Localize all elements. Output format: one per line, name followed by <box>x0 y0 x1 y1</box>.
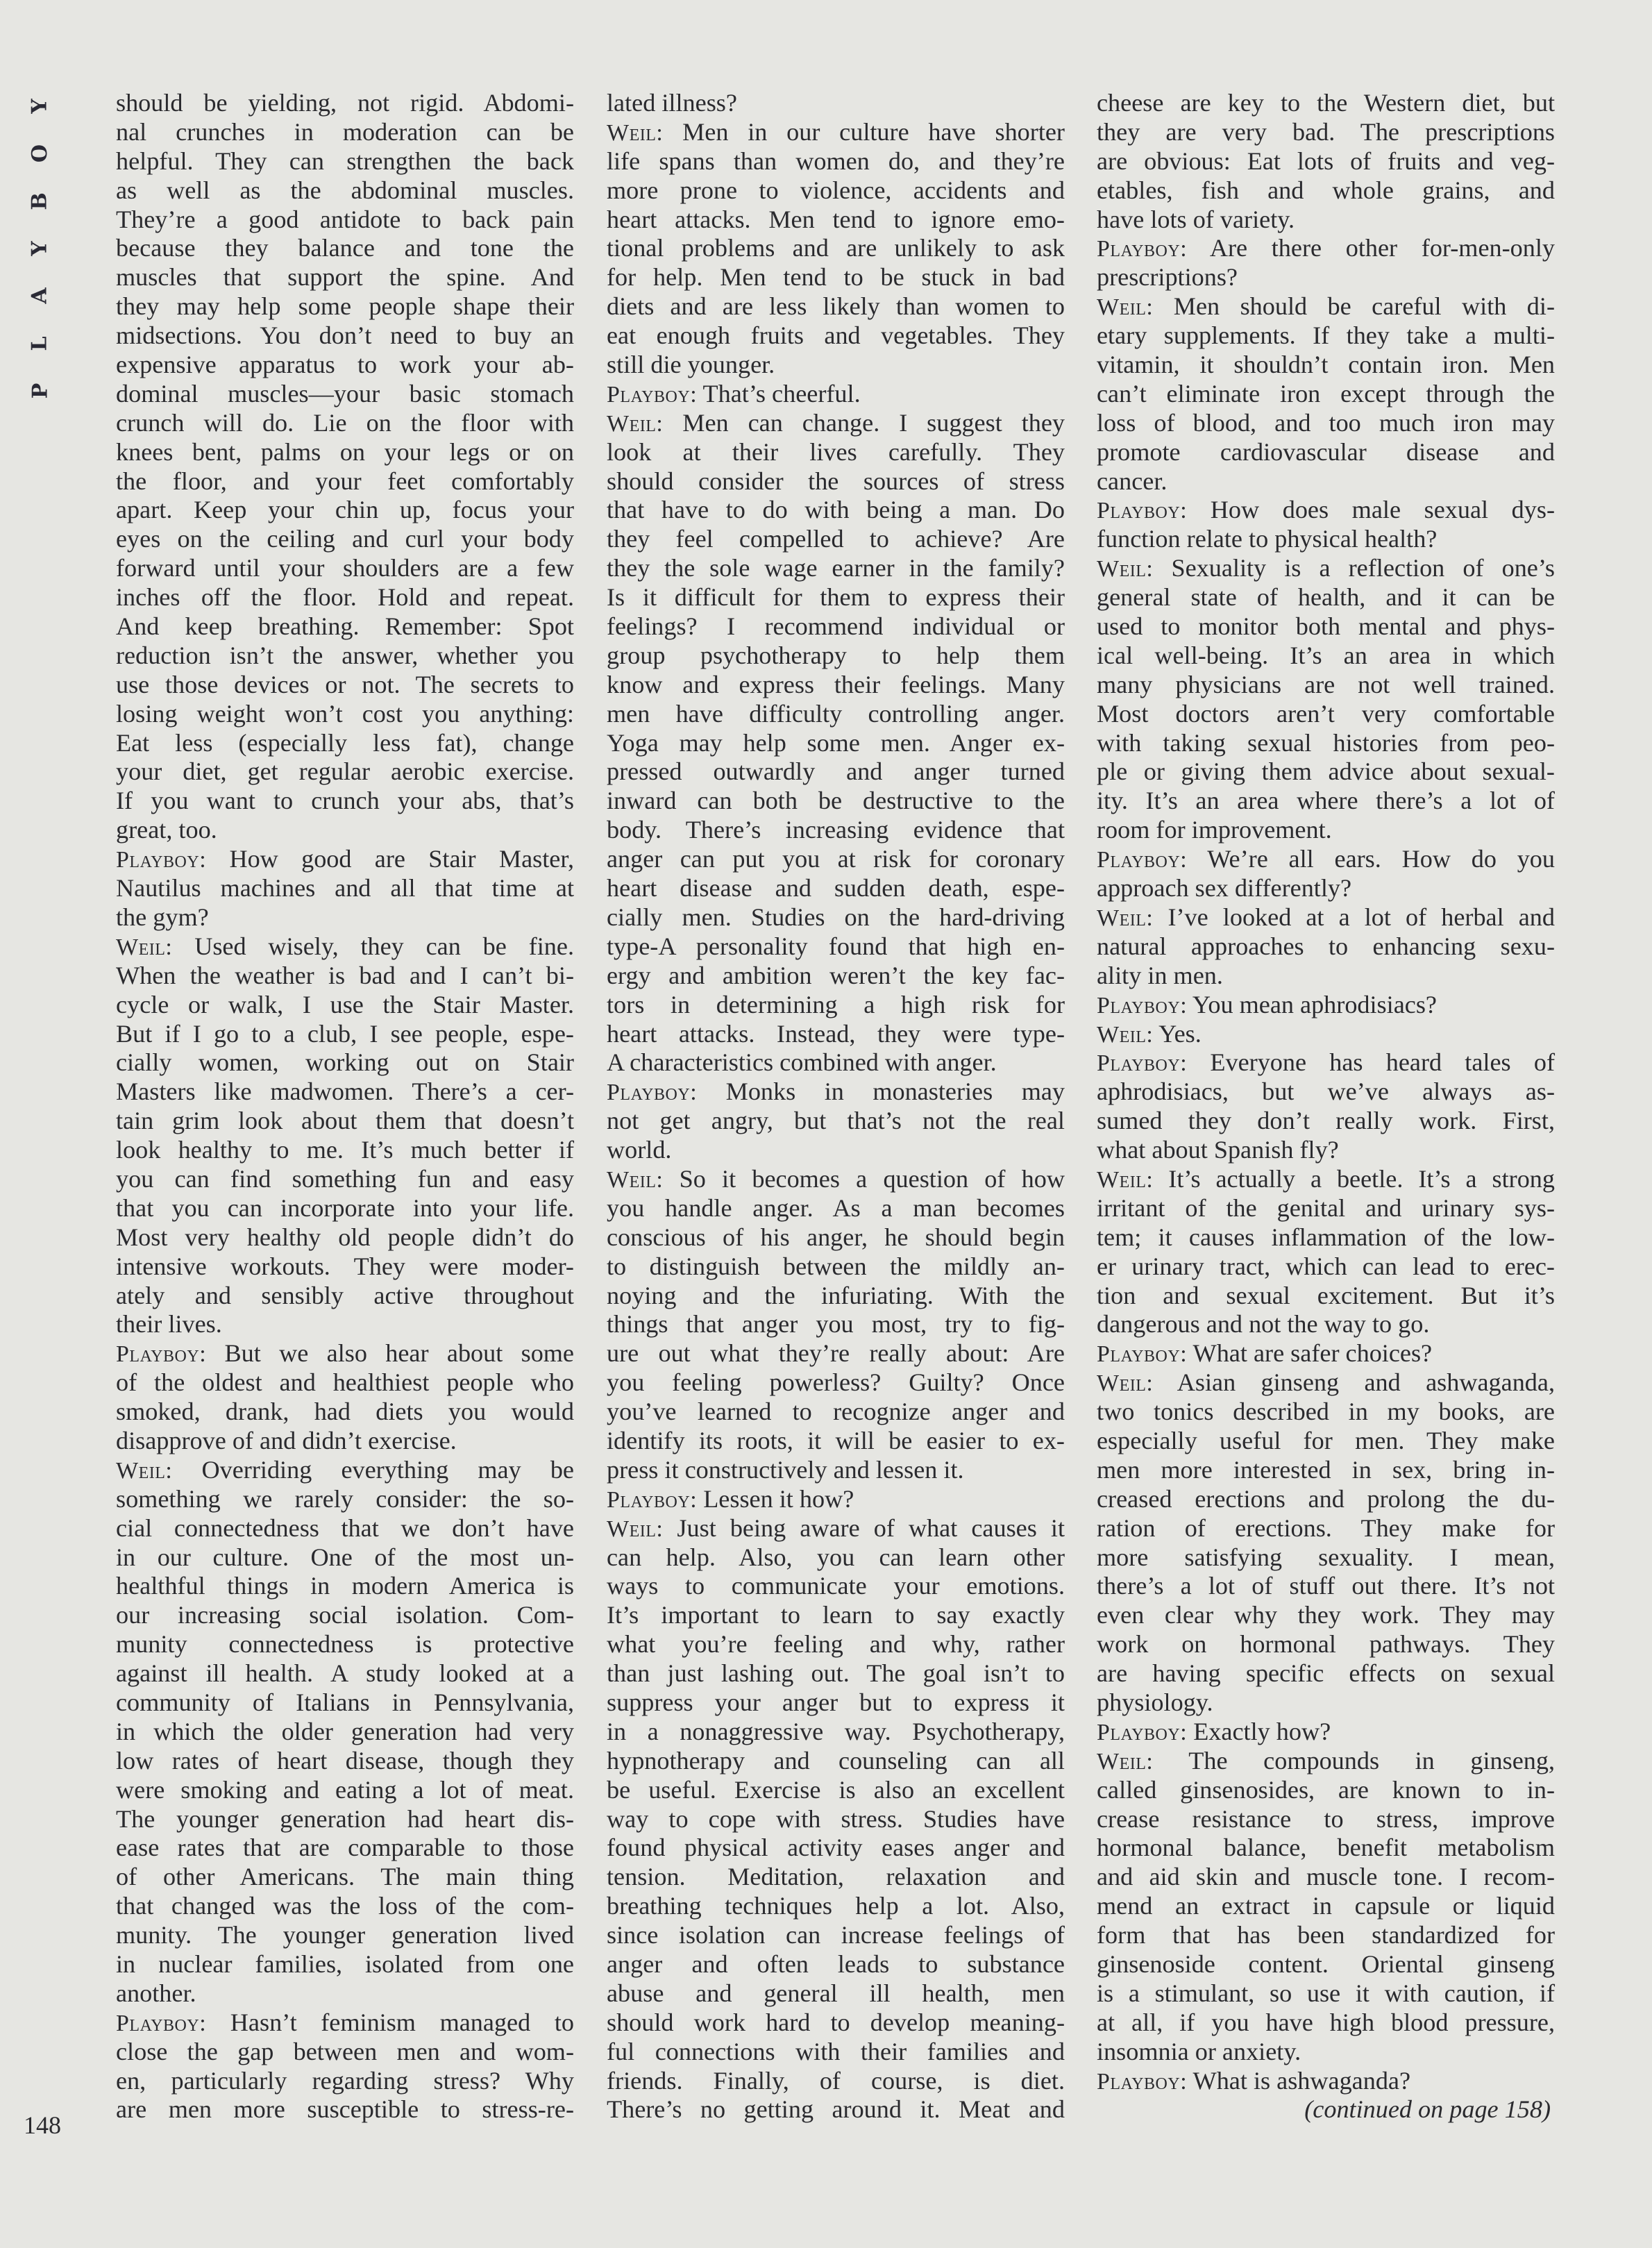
text-line: in which the older generation had very <box>116 1718 574 1747</box>
speaker-label-weil: Weil: <box>1097 1370 1153 1396</box>
text-line: Weil: Men can change. I suggest they <box>607 409 1065 438</box>
line-text: Is it difficult for them to express thei… <box>607 583 1065 611</box>
line-text: aphrodisiacs, but we’ve always as- <box>1097 1077 1555 1105</box>
line-text: look at their lives carefully. They <box>607 438 1065 466</box>
line-text: tain grim look about them that doesn’t <box>116 1107 574 1134</box>
line-text: tors in determining a high risk for <box>607 991 1065 1018</box>
text-line: helpful. They can strengthen the back <box>116 147 574 176</box>
text-line: there’s a lot of stuff out there. It’s n… <box>1097 1572 1555 1601</box>
line-text: How does male sexual dys- <box>1187 496 1555 523</box>
text-line: is a stimulant, so use it with caution, … <box>1097 1979 1555 2008</box>
text-line: they may help some people shape their <box>116 292 574 321</box>
text-line: Most very healthy old people didn’t do <box>116 1223 574 1252</box>
text-line: found physical activity eases anger and <box>607 1834 1065 1863</box>
text-line: lated illness? <box>607 89 1065 118</box>
text-line: crease resistance to stress, improve <box>1097 1805 1555 1834</box>
line-text: room for improvement. <box>1097 816 1332 844</box>
text-line: for help. Men tend to be stuck in bad <box>607 263 1065 292</box>
line-text: tension. Meditation, relaxation and <box>607 1863 1065 1890</box>
line-text: heart attacks. Instead, they were type- <box>607 1020 1065 1048</box>
text-line: But if I go to a club, I see people, esp… <box>116 1020 574 1049</box>
line-text: knees bent, palms on your legs or on <box>116 438 574 466</box>
text-line: something we rarely consider: the so- <box>116 1485 574 1514</box>
line-text: If you want to crunch your abs, that’s <box>116 787 574 814</box>
text-line: can’t eliminate iron except through the <box>1097 380 1555 409</box>
text-line: ity. It’s an area where there’s a lot of <box>1097 787 1555 816</box>
speaker-label-weil: Weil: <box>1097 1167 1153 1193</box>
text-column-left: should be yielding, not rigid. Abdomi-na… <box>116 89 574 2124</box>
text-line: ration of erections. They make for <box>1097 1514 1555 1543</box>
speaker-label-weil: Weil: <box>607 1167 663 1193</box>
line-text: Just being aware of what causes it <box>663 1514 1065 1542</box>
line-text: They’re a good antidote to back pain <box>116 205 574 233</box>
line-text: use those devices or not. The secrets to <box>116 671 574 698</box>
text-line: heart attacks. Instead, they were type- <box>607 1020 1065 1049</box>
line-text: of the oldest and healthiest people who <box>116 1368 574 1396</box>
text-line: nal crunches in moderation can be <box>116 118 574 147</box>
text-line: the floor, and your feet comfortably <box>116 467 574 496</box>
text-line: Weil: Men should be careful with di- <box>1097 292 1555 321</box>
line-text: Masters like madwomen. There’s a cer- <box>116 1077 574 1105</box>
line-text: diets and are less likely than women to <box>607 292 1065 320</box>
text-line: Playboy: But we also hear about some <box>116 1339 574 1368</box>
line-text: munity. The younger generation lived <box>116 1921 574 1949</box>
line-text: cycle or walk, I use the Stair Master. <box>116 991 574 1018</box>
line-text: Monks in monasteries may <box>697 1077 1065 1105</box>
continued-on-page-note: (continued on page 158) <box>1097 2095 1555 2124</box>
line-text: cially women, working out on Stair <box>116 1048 574 1076</box>
text-line: A characteristics combined with anger. <box>607 1048 1065 1077</box>
line-text: irritant of the genital and urinary sys- <box>1097 1194 1555 1222</box>
running-head-letter: Y <box>30 99 51 113</box>
line-text: used to monitor both mental and phys- <box>1097 612 1555 640</box>
text-line: of the oldest and healthiest people who <box>116 1368 574 1398</box>
text-line: Playboy: How good are Stair Master, <box>116 845 574 874</box>
text-line: in our culture. One of the most un- <box>116 1543 574 1572</box>
text-line: hormonal balance, benefit metabolism <box>1097 1834 1555 1863</box>
line-text: our increasing social isolation. Com- <box>116 1601 574 1629</box>
text-line: be useful. Exercise is also an excellent <box>607 1776 1065 1805</box>
text-line: ately and sensibly active throughout <box>116 1282 574 1311</box>
speaker-label-weil: Weil: <box>1097 1022 1153 1048</box>
line-text: etables, fish and whole grains, and <box>1097 176 1555 204</box>
text-line: Is it difficult for them to express thei… <box>607 583 1065 612</box>
line-text: that you can incorporate into your life. <box>116 1194 574 1222</box>
text-line: especially useful for men. They make <box>1097 1427 1555 1456</box>
line-text: So it becomes a question of how <box>663 1165 1065 1193</box>
text-line: tain grim look about them that doesn’t <box>116 1107 574 1136</box>
text-line: they are very bad. The prescriptions <box>1097 118 1555 147</box>
text-line: of other Americans. The main thing <box>116 1863 574 1892</box>
line-text: apart. Keep your chin up, focus your <box>116 496 574 523</box>
text-line: disapprove of and didn’t exercise. <box>116 1427 574 1456</box>
speaker-label-weil: Weil: <box>1097 556 1153 582</box>
text-line: more satisfying sexuality. I mean, <box>1097 1543 1555 1572</box>
speaker-label-playboy: Playboy: <box>1097 1050 1187 1076</box>
text-line: Playboy: You mean aphrodisiacs? <box>1097 991 1555 1020</box>
line-text: loss of blood, and too much iron may <box>1097 409 1555 437</box>
text-line: at all, if you have high blood pressure, <box>1097 2008 1555 2038</box>
text-line: suppress your anger but to express it <box>607 1688 1065 1718</box>
line-text: Yoga may help some men. Anger ex- <box>607 729 1065 757</box>
line-text: more satisfying sexuality. I mean, <box>1097 1543 1555 1571</box>
line-text: cially men. Studies on the hard-driving <box>607 903 1065 931</box>
line-text: ease rates that are comparable to those <box>116 1834 574 1861</box>
line-text: forward until your shoulders are a few <box>116 554 574 582</box>
line-text: er urinary tract, which can lead to erec… <box>1097 1252 1555 1280</box>
text-line: tem; it causes inflammation of the low- <box>1097 1223 1555 1252</box>
line-text: are men more susceptible to stress-re- <box>116 2095 574 2123</box>
text-line: When the weather is bad and I can’t bi- <box>116 962 574 991</box>
text-line: etables, fish and whole grains, and <box>1097 176 1555 205</box>
text-line: are having specific effects on sexual <box>1097 1659 1555 1688</box>
text-line: diets and are less likely than women to <box>607 292 1065 321</box>
text-line: form that has been standardized for <box>1097 1921 1555 1950</box>
line-text: ity. It’s an area where there’s a lot of <box>1097 787 1555 814</box>
line-text: group psychotherapy to help them <box>607 641 1065 669</box>
text-line: Weil: I’ve looked at a lot of herbal and <box>1097 903 1555 932</box>
speaker-label-playboy: Playboy: <box>1097 498 1187 523</box>
text-line: use those devices or not. The secrets to <box>116 671 574 700</box>
line-text: close the gap between men and wom- <box>116 2038 574 2065</box>
line-text: ure out what they’re really about: Are <box>607 1339 1065 1367</box>
text-line: eyes on the ceiling and curl your body <box>116 525 574 554</box>
text-line: Weil: It’s actually a beetle. It’s a str… <box>1097 1165 1555 1194</box>
line-text: inward can both be destructive to the <box>607 787 1065 814</box>
speaker-label-weil: Weil: <box>1097 905 1153 931</box>
text-line: Weil: Just being aware of what causes it <box>607 1514 1065 1543</box>
text-line: because they balance and tone the <box>116 234 574 263</box>
text-line: function relate to physical health? <box>1097 525 1555 554</box>
line-text: be useful. Exercise is also an excellent <box>607 1776 1065 1804</box>
text-line: aphrodisiacs, but we’ve always as- <box>1097 1077 1555 1107</box>
text-line: world. <box>607 1136 1065 1165</box>
line-text: When the weather is bad and I can’t bi- <box>116 962 574 989</box>
text-line: you feeling powerless? Guilty? Once <box>607 1368 1065 1398</box>
line-text: hormonal balance, benefit metabolism <box>1097 1834 1555 1861</box>
line-text: Men in our culture have shorter <box>663 118 1065 146</box>
speaker-label-playboy: Playboy: <box>1097 993 1187 1018</box>
line-text: reduction isn’t the answer, whether you <box>116 641 574 669</box>
text-line: pressed outwardly and anger turned <box>607 757 1065 787</box>
line-text: is a stimulant, so use it with caution, … <box>1097 1979 1555 2007</box>
text-line: many physicians are not well trained. <box>1097 671 1555 700</box>
text-line: since isolation can increase feelings of <box>607 1921 1065 1950</box>
text-line: tional problems and are unlikely to ask <box>607 234 1065 263</box>
line-text: ergy and ambition weren’t the key fac- <box>607 962 1065 989</box>
line-text: What are safer choices? <box>1187 1339 1432 1367</box>
speaker-label-playboy: Playboy: <box>116 2011 206 2036</box>
speaker-label-weil: Weil: <box>607 120 663 146</box>
line-text: especially useful for men. They make <box>1097 1427 1555 1454</box>
line-text: I’ve looked at a lot of herbal and <box>1153 903 1555 931</box>
text-line: heart disease and sudden death, espe- <box>607 874 1065 903</box>
line-text: tem; it causes inflammation of the low- <box>1097 1223 1555 1251</box>
running-head-playboy: PLAYBOY <box>19 96 61 401</box>
line-text: healthful things in modern America is <box>116 1572 574 1600</box>
text-line: identify its roots, it will be easier to… <box>607 1427 1065 1456</box>
text-line: vitamin, it shouldn’t contain iron. Men <box>1097 351 1555 380</box>
line-text: the gym? <box>116 903 209 931</box>
line-text: There’s no getting around it. Meat and <box>607 2095 1065 2123</box>
text-line: approach sex differently? <box>1097 874 1555 903</box>
line-text: there’s a lot of stuff out there. It’s n… <box>1097 1572 1555 1600</box>
line-text: they are very bad. The prescriptions <box>1097 118 1555 146</box>
text-line: reduction isn’t the answer, whether you <box>116 641 574 671</box>
text-line: Playboy: What is ashwaganda? <box>1097 2067 1555 2096</box>
text-line: apart. Keep your chin up, focus your <box>116 496 574 525</box>
running-head-letter: B <box>30 192 51 210</box>
text-line: etary supplements. If they take a multi- <box>1097 321 1555 351</box>
text-line: men have difficulty controlling anger. <box>607 700 1065 729</box>
text-line: Playboy: What are safer choices? <box>1097 1339 1555 1368</box>
line-text: midsections. You don’t need to buy an <box>116 321 574 349</box>
text-line: Yoga may help some men. Anger ex- <box>607 729 1065 758</box>
line-text: ical well-being. It’s an area in which <box>1097 641 1555 669</box>
text-line: irritant of the genital and urinary sys- <box>1097 1194 1555 1223</box>
line-text: know and express their feelings. Many <box>607 671 1065 698</box>
line-text: natural approaches to enhancing sexu- <box>1097 932 1555 960</box>
text-line: as well as the abdominal muscles. <box>116 176 574 205</box>
text-line: Weil: So it becomes a question of how <box>607 1165 1065 1194</box>
line-text: tional problems and are unlikely to ask <box>607 234 1065 262</box>
text-line: that have to do with being a man. Do <box>607 496 1065 525</box>
page-number: 148 <box>24 2111 61 2140</box>
text-line: in a nonaggressive way. Psychotherapy, <box>607 1718 1065 1747</box>
text-line: type-A personality found that high en- <box>607 932 1065 962</box>
text-line: our increasing social isolation. Com- <box>116 1601 574 1630</box>
running-head-letter: Y <box>30 241 51 255</box>
line-text: crease resistance to stress, improve <box>1097 1805 1555 1833</box>
line-text: work on hormonal pathways. They <box>1097 1630 1555 1658</box>
line-text: Everyone has heard tales of <box>1187 1048 1555 1076</box>
text-line: Playboy: That’s cheerful. <box>607 380 1065 409</box>
text-line: Weil: Used wisely, they can be fine. <box>116 932 574 962</box>
line-text: dominal muscles—your basic stomach <box>116 380 574 408</box>
text-line: munity. The younger generation lived <box>116 1921 574 1950</box>
line-text: conscious of his anger, he should begin <box>607 1223 1065 1251</box>
line-text: should work hard to develop meaning- <box>607 2008 1065 2036</box>
line-text: You mean aphrodisiacs? <box>1187 991 1437 1018</box>
line-text: ways to communicate your emotions. <box>607 1572 1065 1600</box>
line-text: because they balance and tone the <box>116 234 574 262</box>
line-text: losing weight won’t cost you anything: <box>116 700 574 728</box>
line-text: It’s actually a beetle. It’s a strong <box>1153 1165 1555 1193</box>
line-text: many physicians are not well trained. <box>1097 671 1555 698</box>
line-text: were smoking and eating a lot of meat. <box>116 1776 574 1804</box>
line-text: cial connectedness that we don’t have <box>116 1514 574 1542</box>
speaker-label-weil: Weil: <box>116 934 172 960</box>
line-text: than just lashing out. The goal isn’t to <box>607 1659 1065 1687</box>
line-text: sumed they don’t really work. First, <box>1097 1107 1555 1134</box>
text-line: promote cardiovascular disease and <box>1097 438 1555 467</box>
line-text: It’s important to learn to say exactly <box>607 1601 1065 1629</box>
text-line: their lives. <box>116 1310 574 1339</box>
text-line: anger and often leads to substance <box>607 1950 1065 1979</box>
line-text: expensive apparatus to work your ab- <box>116 351 574 378</box>
line-text: helpful. They can strengthen the back <box>116 147 574 175</box>
line-text: you’ve learned to recognize anger and <box>607 1398 1065 1425</box>
text-line: munity connectedness is protective <box>116 1630 574 1659</box>
line-text: with taking sexual histories from peo- <box>1097 729 1555 757</box>
text-line: Weil: The compounds in ginseng, <box>1097 1747 1555 1776</box>
text-line: in nuclear families, isolated from one <box>116 1950 574 1979</box>
text-line: that changed was the loss of the com- <box>116 1892 574 1921</box>
running-head-letter: A <box>30 288 51 304</box>
line-text: Sexuality is a reflection of one’s <box>1153 554 1555 582</box>
text-line: tension. Meditation, relaxation and <box>607 1863 1065 1892</box>
line-text: Asian ginseng and ashwaganda, <box>1153 1368 1555 1396</box>
text-column-right: cheese are key to the Western diet, butt… <box>1097 89 1555 2124</box>
line-text: ful connections with their families and <box>607 2038 1065 2065</box>
speaker-label-playboy: Playboy: <box>607 1487 697 1513</box>
text-line: can help. Also, you can learn other <box>607 1543 1065 1572</box>
line-text: what about Spanish fly? <box>1097 1136 1339 1164</box>
line-text: body. There’s increasing evidence that <box>607 816 1065 844</box>
text-line: Masters like madwomen. There’s a cer- <box>116 1077 574 1107</box>
text-line: know and express their feelings. Many <box>607 671 1065 700</box>
text-line: The younger generation had heart dis- <box>116 1805 574 1834</box>
line-text: general state of health, and it can be <box>1097 583 1555 611</box>
text-line: what about Spanish fly? <box>1097 1136 1555 1165</box>
line-text: Most doctors aren’t very comfortable <box>1097 700 1555 728</box>
speaker-label-weil: Weil: <box>607 411 663 437</box>
text-line: ure out what they’re really about: Are <box>607 1339 1065 1368</box>
line-text: Hasn’t feminism managed to <box>206 2008 574 2036</box>
line-text: Lessen it how? <box>697 1485 854 1513</box>
line-text: ration of erections. They make for <box>1097 1514 1555 1542</box>
line-text: are having specific effects on sexual <box>1097 1659 1555 1687</box>
text-line: room for improvement. <box>1097 816 1555 845</box>
line-text: cheese are key to the Western diet, but <box>1097 89 1555 117</box>
text-line: muscles that support the spine. And <box>116 263 574 292</box>
text-line: feelings? I recommend individual or <box>607 612 1065 641</box>
line-text: Men can change. I suggest they <box>663 409 1065 437</box>
text-line: hypnotherapy and counseling can all <box>607 1747 1065 1776</box>
text-line: Weil: Yes. <box>1097 1020 1555 1049</box>
running-head-letter: L <box>30 336 51 351</box>
text-line: Nautilus machines and all that time at <box>116 874 574 903</box>
line-text: approach sex differently? <box>1097 874 1351 902</box>
line-text: in a nonaggressive way. Psychotherapy, <box>607 1718 1065 1745</box>
text-line: physiology. <box>1097 1688 1555 1718</box>
text-line: press it constructively and lessen it. <box>607 1456 1065 1485</box>
text-line: sumed they don’t really work. First, <box>1097 1107 1555 1136</box>
line-text: But we also hear about some <box>206 1339 574 1367</box>
line-text: have lots of variety. <box>1097 205 1295 233</box>
line-text: press it constructively and lessen it. <box>607 1456 964 1484</box>
text-line: your diet, get regular aerobic exercise. <box>116 757 574 787</box>
line-text: And keep breathing. Remember: Spot <box>116 612 574 640</box>
text-line: should consider the sources of stress <box>607 467 1065 496</box>
text-line: are men more susceptible to stress-re- <box>116 2095 574 2124</box>
text-line: ease rates that are comparable to those <box>116 1834 574 1863</box>
line-text: that have to do with being a man. Do <box>607 496 1065 523</box>
text-line: ical well-being. It’s an area in which <box>1097 641 1555 671</box>
line-text: The compounds in ginseng, <box>1153 1747 1555 1775</box>
text-line: cancer. <box>1097 467 1555 496</box>
line-text: of other Americans. The main thing <box>116 1863 574 1890</box>
line-text: intensive workouts. They were moder- <box>116 1252 574 1280</box>
line-text: Are there other for-men-only <box>1187 234 1555 262</box>
line-text: in nuclear families, isolated from one <box>116 1950 574 1978</box>
line-text: in our culture. One of the most un- <box>116 1543 574 1571</box>
text-line: men more interested in sex, bring in- <box>1097 1456 1555 1485</box>
line-text: even clear why they work. They may <box>1097 1601 1555 1629</box>
line-text: at all, if you have high blood pressure, <box>1097 2008 1555 2036</box>
text-line: conscious of his anger, he should begin <box>607 1223 1065 1252</box>
line-text: function relate to physical health? <box>1097 525 1437 553</box>
text-line: life spans than women do, and they’re <box>607 147 1065 176</box>
line-text: heart attacks. Men tend to ignore emo- <box>607 205 1065 233</box>
text-line: intensive workouts. They were moder- <box>116 1252 574 1282</box>
line-text: and aid skin and muscle tone. I recom- <box>1097 1863 1555 1890</box>
line-text: friends. Finally, of course, is diet. <box>607 2067 1065 2095</box>
line-text: you feeling powerless? Guilty? Once <box>607 1368 1065 1396</box>
line-text: That’s cheerful. <box>697 380 860 408</box>
text-line: ginsenoside content. Oriental ginseng <box>1097 1950 1555 1979</box>
text-line: ality in men. <box>1097 962 1555 991</box>
line-text: found physical activity eases anger and <box>607 1834 1065 1861</box>
line-text: what you’re feeling and why, rather <box>607 1630 1065 1658</box>
text-line: If you want to crunch your abs, that’s <box>116 787 574 816</box>
line-text: We’re all ears. How do you <box>1187 845 1555 873</box>
line-text: munity connectedness is protective <box>116 1630 574 1658</box>
line-text: they the sole wage earner in the family? <box>607 554 1065 582</box>
line-text: Most very healthy old people didn’t do <box>116 1223 574 1251</box>
text-line: er urinary tract, which can lead to erec… <box>1097 1252 1555 1282</box>
text-line: body. There’s increasing evidence that <box>607 816 1065 845</box>
text-line: Most doctors aren’t very comfortable <box>1097 700 1555 729</box>
text-line: expensive apparatus to work your ab- <box>116 351 574 380</box>
text-line: look healthy to me. It’s much better if <box>116 1136 574 1165</box>
line-text: they may help some people shape their <box>116 292 574 320</box>
text-line: group psychotherapy to help them <box>607 641 1065 671</box>
speaker-label-playboy: Playboy: <box>607 382 697 408</box>
line-text: eyes on the ceiling and curl your body <box>116 525 574 553</box>
text-line: ple or giving them advice about sexual- <box>1097 757 1555 787</box>
speaker-label-playboy: Playboy: <box>1097 1720 1187 1745</box>
text-line: healthful things in modern America is <box>116 1572 574 1601</box>
line-text: anger and often leads to substance <box>607 1950 1065 1978</box>
line-text: How good are Stair Master, <box>206 845 574 873</box>
text-column-middle: lated illness?Weil: Men in our culture h… <box>607 89 1065 2124</box>
text-line: cially women, working out on Stair <box>116 1048 574 1077</box>
text-line: against ill health. A study looked at a <box>116 1659 574 1688</box>
text-line: with taking sexual histories from peo- <box>1097 729 1555 758</box>
line-text: ginsenoside content. Oriental ginseng <box>1097 1950 1555 1978</box>
line-text: Eat less (especially less fat), change <box>116 729 574 757</box>
line-text: identify its roots, it will be easier to… <box>607 1427 1065 1454</box>
text-line: still die younger. <box>607 351 1065 380</box>
line-text: tion and sexual excitement. But it’s <box>1097 1282 1555 1309</box>
line-text: not get angry, but that’s not the real <box>607 1107 1065 1134</box>
text-line: midsections. You don’t need to buy an <box>116 321 574 351</box>
text-line: Playboy: Lessen it how? <box>607 1485 1065 1514</box>
text-line: forward until your shoulders are a few <box>116 554 574 583</box>
line-text: form that has been standardized for <box>1097 1921 1555 1949</box>
text-line: heart attacks. Men tend to ignore emo- <box>607 205 1065 235</box>
line-text: pressed outwardly and anger turned <box>607 757 1065 785</box>
text-line: inches off the floor. Hold and repeat. <box>116 583 574 612</box>
line-text: disapprove of and didn’t exercise. <box>116 1427 457 1454</box>
speaker-label-playboy: Playboy: <box>1097 2069 1187 2095</box>
speaker-label-playboy: Playboy: <box>1097 236 1187 262</box>
line-text: promote cardiovascular disease and <box>1097 438 1555 466</box>
line-text: But if I go to a club, I see people, esp… <box>116 1020 574 1048</box>
text-line: general state of health, and it can be <box>1097 583 1555 612</box>
text-line: Playboy: We’re all ears. How do you <box>1097 845 1555 874</box>
